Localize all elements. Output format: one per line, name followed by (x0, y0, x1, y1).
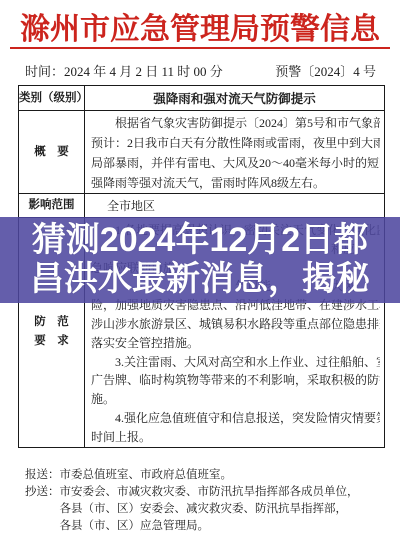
text-line: 全市地区 (107, 197, 384, 214)
text-line: 要 求 (19, 332, 84, 351)
text-line: 强降雨和强对流天气防御提示 (85, 89, 384, 107)
distribution-list: 报送：市委总值班室、市政府总值班室。抄送：市安委会、市减灾救灾委、市防汛抗旱指挥… (25, 467, 392, 533)
text-line: 落实安全管控措施。 (91, 334, 380, 353)
table-row-category: 类别（级别） 强降雨和强对流天气防御提示 (19, 86, 385, 111)
table-row-summary: 概 要 根据省气象灾害防御提示〔2024〕第5号和市气象部门预计：2日我市白天有… (19, 111, 385, 194)
text-line: 4.强化应急值班值守和信息报送，突发险情灾情要第一 (91, 409, 380, 428)
text-line: 预计：2日我市白天有分散性降雨或雷雨，夜里中到大雨， (91, 133, 380, 153)
headline-text-line1: 猜测2024年12月2日都 (32, 221, 368, 260)
headline-text-line2: 昌洪水最新消息，揭秘 (30, 260, 370, 299)
headline-overlay: 猜测2024年12月2日都 昌洪水最新消息，揭秘 (0, 217, 400, 303)
row-content-scope: 全市地区 (85, 194, 385, 218)
text-line: 广告牌、临时构筑物等带来的不利影响，采取积极的防御措 (91, 371, 380, 390)
text-line: 3.关注雷雨、大风对高空和水上作业、过往船舶、室外 (91, 353, 380, 372)
row-content-summary: 根据省气象灾害防御提示〔2024〕第5号和市气象部门预计：2日我市白天有分散性降… (85, 111, 385, 194)
row-label-summary: 概 要 (19, 111, 85, 194)
text-line: 时间上报。 (91, 428, 380, 447)
row-content-category: 强降雨和强对流天气防御提示 (85, 86, 385, 111)
table-row-scope: 影响范围 全市地区 (19, 194, 385, 218)
text-line: 类别（级别） (19, 89, 84, 108)
text-line: 施。 (91, 390, 380, 409)
text-line: 概 要 (19, 143, 84, 162)
doc-number: 预警〔2024〕4 号 (275, 61, 376, 80)
row-label-scope: 影响范围 (19, 194, 85, 218)
page-title: 滁州市应急管理局预警信息 (0, 4, 400, 48)
text-line: 防 范 (19, 313, 84, 332)
text-line: 各县（市、区）安委会、减灾救灾委、防汛抗旱指挥部， (25, 501, 392, 518)
issue-time: 时间：2024 年 4 月 2 日 11 时 00 分 (25, 61, 223, 80)
title-divider (10, 47, 390, 49)
row-label-category: 类别（级别） (19, 86, 85, 111)
meta-row: 时间：2024 年 4 月 2 日 11 时 00 分 预警〔2024〕4 号 (25, 61, 376, 80)
text-line: 抄送：市安委会、市减灾救灾委、市防汛抗旱指挥部各成员单位， (25, 484, 392, 501)
text-line: 局部暴雨，并伴有雷电、大风及20～40毫米每小时的短时 (91, 153, 380, 173)
text-line: 根据省气象灾害防御提示〔2024〕第5号和市气象部门 (91, 113, 380, 133)
text-line: 各县（市、区）应急管理局。 (25, 518, 392, 533)
text-line: 强降雨等强对流天气，雷雨时阵风8级左右。 (91, 173, 380, 193)
warning-document: 滁州市应急管理局预警信息 时间：2024 年 4 月 2 日 11 时 00 分… (0, 0, 400, 533)
text-line: 影响范围 (19, 196, 84, 215)
text-line: 涉山涉水旅游景区、城镇易积水路段等重点部位隐患排查， (91, 315, 380, 334)
text-line: 报送：市委总值班室、市政府总值班室。 (25, 467, 392, 484)
